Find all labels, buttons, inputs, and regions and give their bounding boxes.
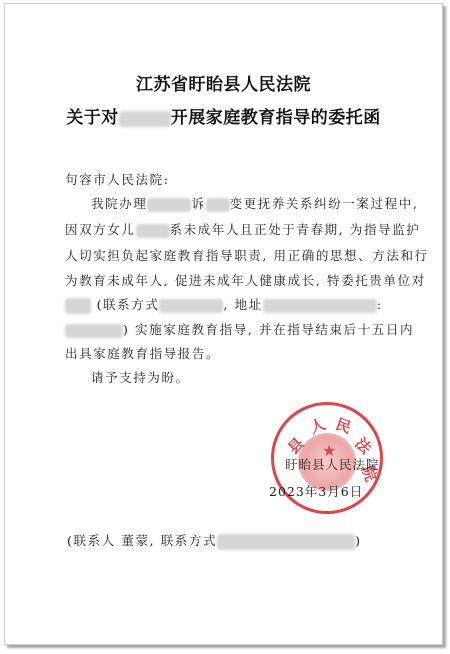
text: 我院办理 [91, 196, 147, 211]
body-line-3: 人切实担负起家庭教育指导职责, 用正确的思想、方法和行 [65, 246, 429, 264]
body-line-7: 出具家庭教育指导报告。 [65, 344, 220, 362]
body-line-5: (联系方式, 地址: [65, 295, 383, 314]
signature: 盱眙县人民法院 [285, 455, 380, 473]
body-line-2: 因双方女儿系未成年人且正处于青春期, 为指导监护 [65, 220, 420, 238]
redacted-phone [159, 299, 223, 313]
text: : [377, 297, 383, 312]
redacted-name [119, 111, 171, 127]
text: (联系人 董蒙, 联系方式 [67, 533, 217, 548]
recipient: 句容市人民法院: [65, 170, 170, 188]
document-page: 江苏省盱眙县人民法院 关于对开展家庭教育指导的委托函 句容市人民法院: 我院办理… [4, 3, 443, 645]
redacted-party-2 [206, 198, 230, 212]
redacted-daughter [136, 224, 170, 238]
letter-title: 关于对开展家庭教育指导的委托函 [5, 103, 442, 128]
text: 因双方女儿 [65, 222, 136, 237]
text: 诉 [191, 196, 205, 211]
redacted-contact-phone [217, 534, 355, 550]
closing: 请予支持为盼。 [91, 368, 190, 386]
title-suffix: 开展家庭教育指导的委托函 [171, 108, 381, 128]
seal-char: 民 [333, 413, 354, 438]
text: 变更抚养关系纠纷一案过程中, [230, 196, 419, 211]
text: (联系方式 [97, 297, 160, 312]
date: 2023年3月6日 [269, 482, 363, 500]
redacted-address [263, 299, 377, 313]
redacted-party-1 [147, 198, 191, 212]
issuer-title: 江苏省盱眙县人民法院 [5, 70, 442, 95]
text: ) [355, 533, 361, 548]
body-line-6: ) 实施家庭教育指导, 并在指导结束后十五日内 [65, 320, 414, 338]
contact-line: (联系人 董蒙, 联系方式) [67, 531, 362, 550]
body-line-1: 我院办理诉变更抚养关系纠纷一案过程中, [91, 194, 418, 212]
title-prefix: 关于对 [66, 108, 119, 128]
redacted-unit [65, 298, 91, 314]
body-line-4: 为教育未成年人, 促进未成年人健康成长, 特委托贵单位对 [65, 271, 426, 289]
text: ) 实施家庭教育指导, 并在指导结束后十五日内 [123, 322, 414, 337]
text: , 地址 [223, 297, 262, 312]
text: 系未成年人且正处于青春期, 为指导监护 [170, 222, 421, 237]
redacted-person [65, 324, 123, 338]
